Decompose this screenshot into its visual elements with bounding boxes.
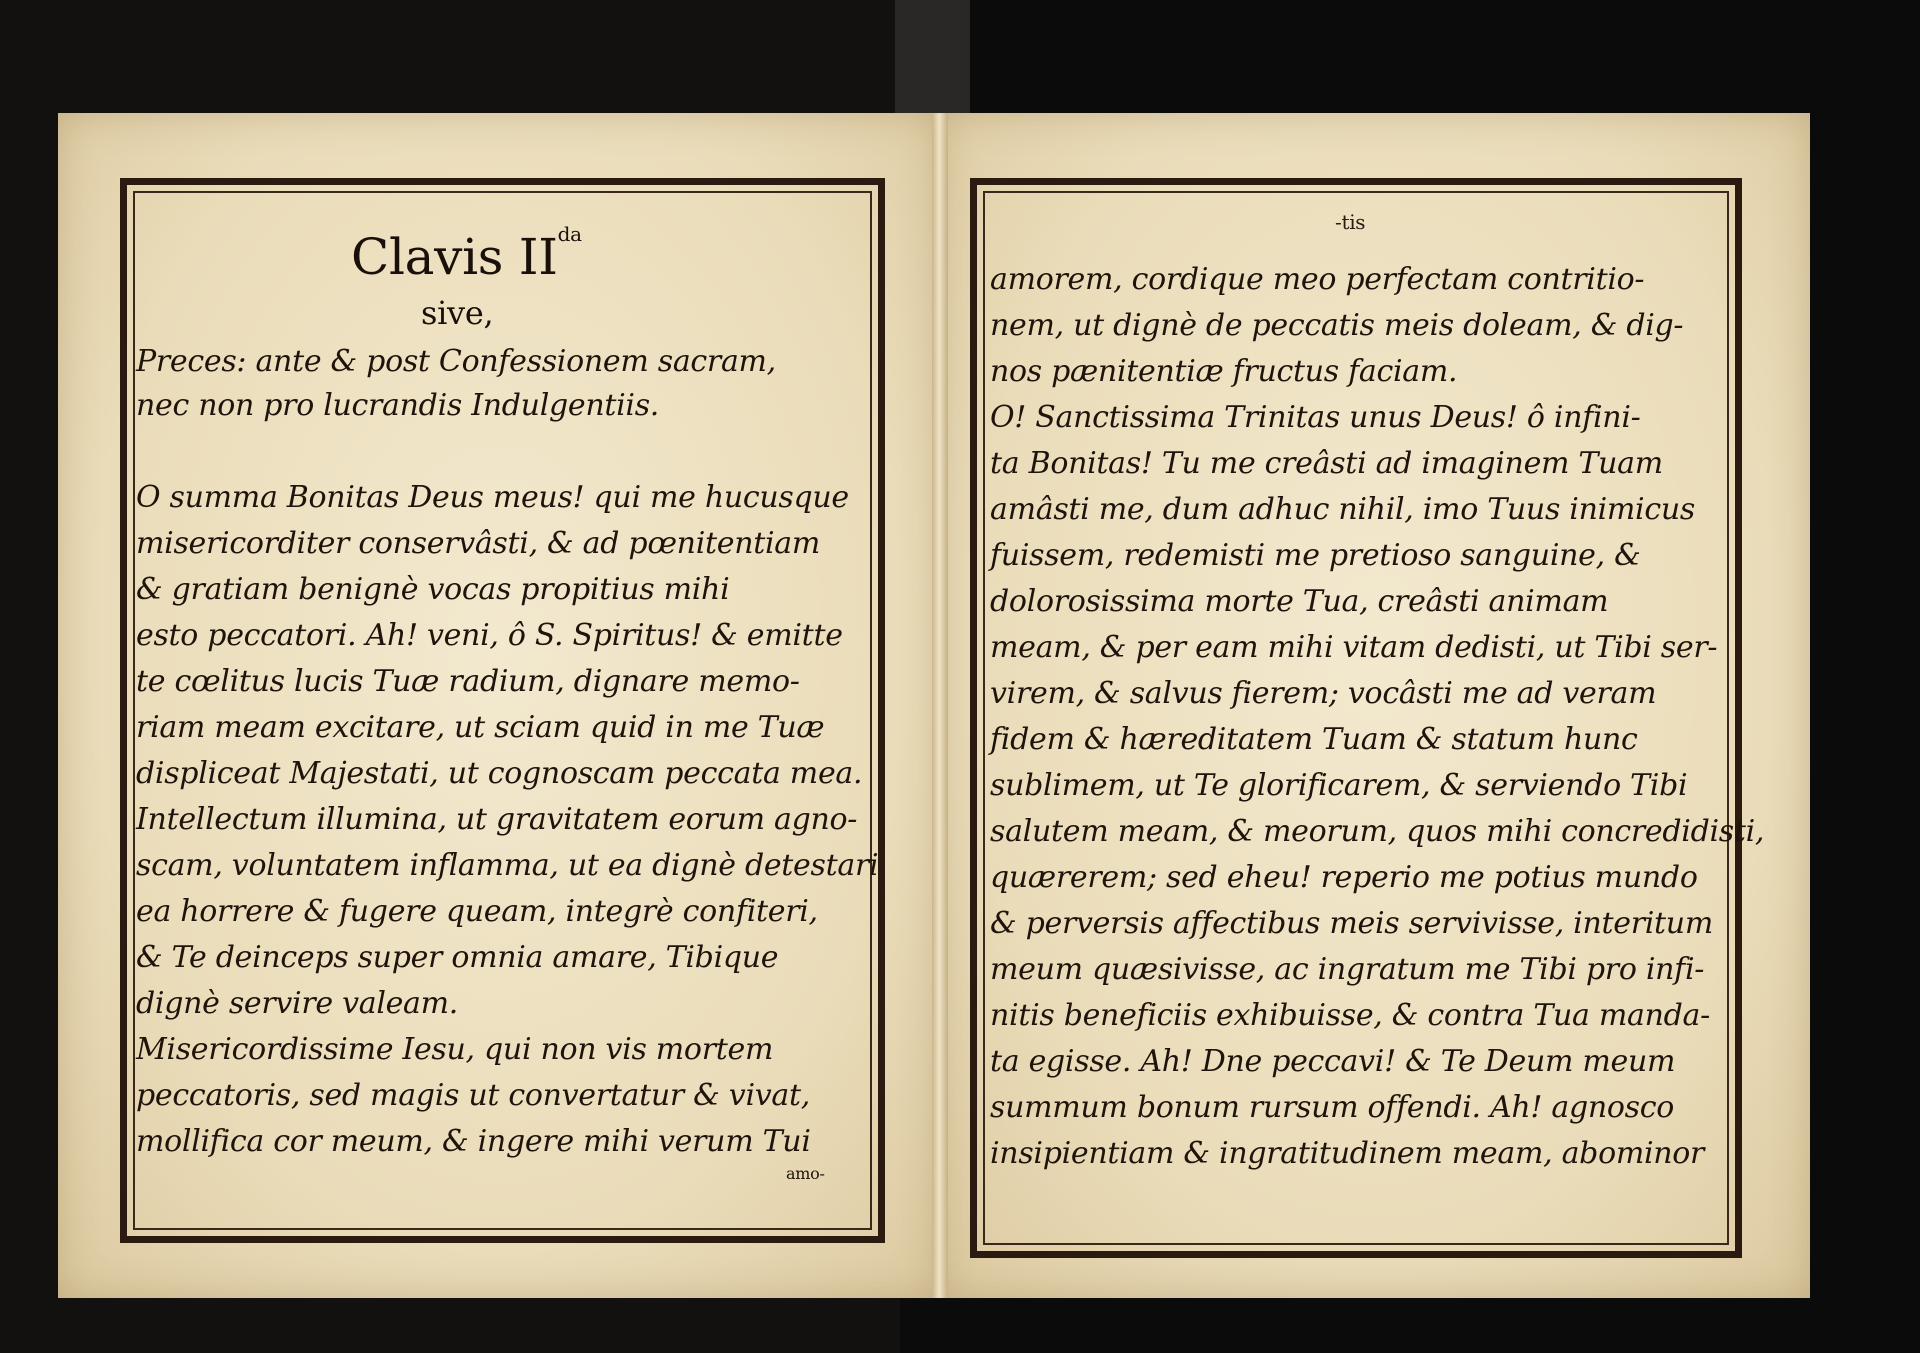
text-line: esto peccatori. Ah! veni, ô S. Spiritus!…: [136, 618, 843, 654]
page-gutter: [932, 113, 948, 1298]
title-text: Clavis II: [351, 228, 558, 286]
text-line: summum bonum rursum offendi. Ah! agnosco: [990, 1090, 1674, 1126]
text-line: scam, voluntatem inflamma, ut ea dignè d…: [136, 848, 878, 884]
text-line: displiceat Majestati, ut cognoscam pecca…: [136, 756, 862, 792]
text-line: amâsti me, dum adhuc nihil, imo Tuus ini…: [990, 492, 1695, 528]
text-line: sublimem, ut Te glorificarem, & serviend…: [990, 768, 1687, 804]
text-line: peccatoris, sed magis ut convertatur & v…: [136, 1078, 810, 1114]
text-line: amorem, cordique meo perfectam contritio…: [990, 262, 1644, 298]
text-line: meum quæsivisse, ac ingratum me Tibi pro…: [990, 952, 1704, 988]
text-line: O! Sanctissima Trinitas unus Deus! ô inf…: [990, 400, 1640, 436]
text-line: Misericordissime Iesu, qui non vis morte…: [136, 1032, 773, 1068]
text-line: fidem & hæreditatem Tuam & statum hunc: [990, 722, 1638, 758]
page-subtitle: sive,: [421, 294, 493, 332]
page-title: Clavis IIda: [351, 228, 582, 286]
title-superscript: da: [558, 222, 582, 246]
top-margin-mark: -tis: [1335, 210, 1365, 234]
binding-spine: [895, 0, 970, 130]
text-line: ta Bonitas! Tu me creâsti ad imaginem Tu…: [990, 446, 1663, 482]
text-line: virem, & salvus fierem; vocâsti me ad ve…: [990, 676, 1656, 712]
text-line: Preces: ante & post Confessionem sacram,: [136, 344, 776, 380]
text-line: & perversis affectibus meis servivisse, …: [990, 906, 1713, 942]
text-line: ea horrere & fugere queam, integrè confi…: [136, 894, 818, 930]
text-line: Intellectum illumina, ut gravitatem eoru…: [136, 802, 857, 838]
text-line: dolorosissima morte Tua, creâsti animam: [990, 584, 1608, 620]
text-line: quærerem; sed eheu! reperio me potius mu…: [990, 860, 1698, 896]
text-line: ta egisse. Ah! Dne peccavi! & Te Deum me…: [990, 1044, 1675, 1080]
text-line: riam meam excitare, ut sciam quid in me …: [136, 710, 824, 746]
text-line: nitis beneficiis exhibuisse, & contra Tu…: [990, 998, 1710, 1034]
catchword: amo-: [786, 1164, 825, 1183]
text-line: nem, ut dignè de peccatis meis doleam, &…: [990, 308, 1683, 344]
text-line: te cœlitus lucis Tuæ radium, dignare mem…: [136, 664, 800, 700]
text-line: nos pænitentiæ fructus faciam.: [990, 354, 1457, 390]
text-line: fuissem, redemisti me pretioso sanguine,…: [990, 538, 1640, 574]
text-line: misericorditer conservâsti, & ad pœniten…: [136, 526, 820, 562]
text-line: salutem meam, & meorum, quos mihi concre…: [990, 814, 1764, 850]
text-line: meam, & per eam mihi vitam dedisti, ut T…: [990, 630, 1717, 666]
text-line: dignè servire valeam.: [136, 986, 458, 1022]
text-line: insipientiam & ingratitudinem meam, abom…: [990, 1136, 1704, 1172]
text-line: mollifica cor meum, & ingere mihi verum …: [136, 1124, 811, 1160]
text-line: & Te deinceps super omnia amare, Tibique: [136, 940, 778, 976]
text-line: & gratiam benignè vocas propitius mihi: [136, 572, 729, 608]
text-line: nec non pro lucrandis Indulgentiis.: [136, 388, 659, 424]
manuscript-spread: Clavis IIda sive, Preces: ante & post Co…: [0, 0, 1920, 1353]
text-line: O summa Bonitas Deus meus! qui me hucusq…: [136, 480, 849, 516]
